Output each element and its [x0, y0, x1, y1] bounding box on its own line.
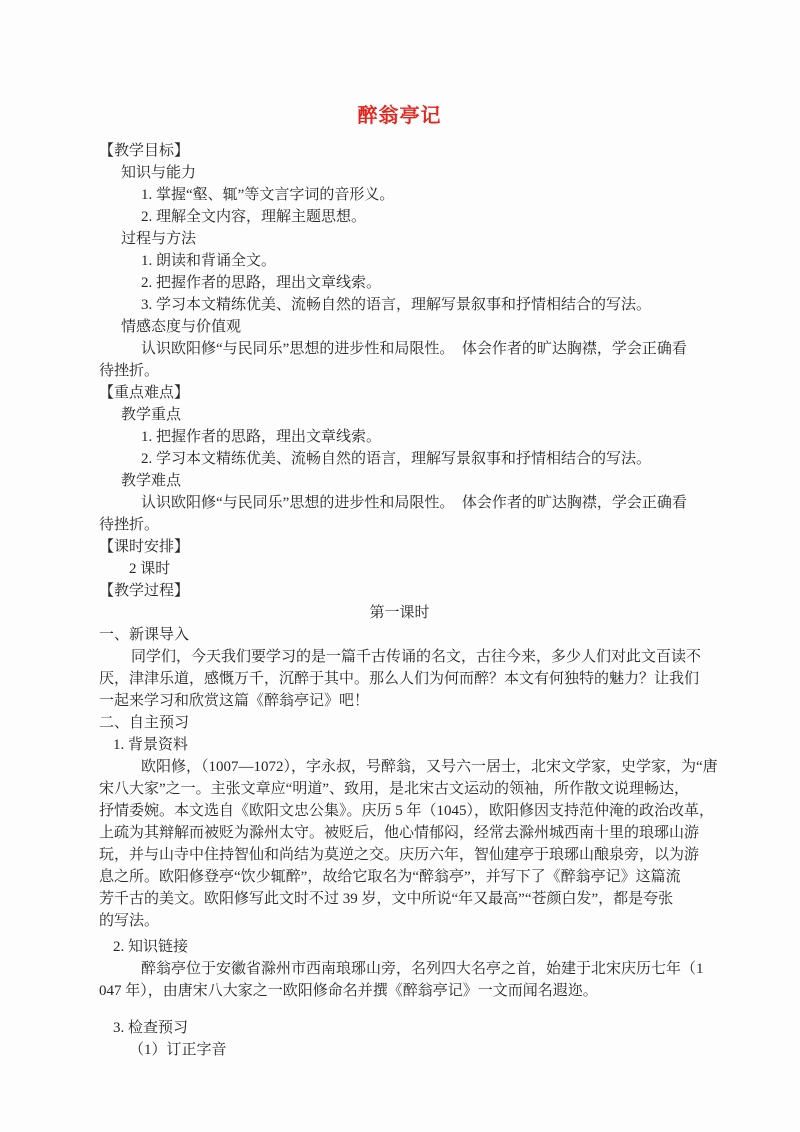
doc-line: 3. 学习本文精练优美、流畅自然的语言，理解写景叙事和抒情相结合的写法。 — [141, 294, 700, 316]
doc-line: 1. 背景资料 — [113, 734, 700, 756]
doc-line: 047 年），由唐宋八大家之一欧阳修命名并撰《醉翁亭记》一文而闻名遐迩。 — [99, 980, 700, 1002]
doc-line: 上疏为其辩解而被贬为滁州太守。被贬后，他心情郁闷，经常去滁州城西南十里的琅琊山游 — [99, 822, 700, 844]
doc-line: 2. 学习本文精练优美、流畅自然的语言，理解写景叙事和抒情相结合的写法。 — [141, 448, 700, 470]
document-title: 醉翁亭记 — [99, 103, 700, 130]
doc-line: 厌，津津乐道，感慨万千，沉醉于其中。那么人们为何而醉？本文有何独特的魅力？让我们 — [99, 668, 700, 690]
doc-line: 教学难点 — [121, 470, 700, 492]
doc-line: 【教学目标】 — [99, 140, 700, 162]
doc-line: 抒情委婉。本文选自《欧阳文忠公集》。庆历 5 年（1045），欧阳修因支持范仲淹… — [99, 800, 700, 822]
doc-line: 第一课时 — [99, 602, 700, 624]
doc-line: 知识与能力 — [121, 162, 700, 184]
doc-line: 1. 把握作者的思路，理出文章线索。 — [141, 426, 700, 448]
doc-line: 宋八大家”之一。主张文章应“明道”、致用，是北宋古文运动的领袖，所作散文说理畅达… — [99, 778, 700, 800]
doc-line: 认识欧阳修“与民同乐”思想的进步性和局限性。 体会作者的旷达胸襟，学会正确看 — [141, 338, 700, 360]
doc-line: 欧阳修，（1007—1072），字永叔，号醉翁，又号六一居士，北宋文学家，史学家… — [141, 756, 700, 778]
doc-line: 2. 把握作者的思路，理出文章线索。 — [141, 272, 700, 294]
doc-line: 的写法。 — [99, 910, 700, 932]
doc-line: 3. 检查预习 — [113, 1017, 700, 1039]
doc-line: 一起来学习和欣赏这篇《醉翁亭记》吧！ — [99, 690, 700, 712]
doc-line: 【教学过程】 — [99, 580, 700, 602]
doc-line: 待挫折。 — [99, 514, 700, 536]
doc-line: 教学重点 — [121, 404, 700, 426]
doc-line: 息之所。欧阳修登亭“饮少辄醉”，故给它取名为“醉翁亭”，并写下了《醉翁亭记》这篇… — [99, 866, 700, 888]
doc-line: 【重点难点】 — [99, 382, 700, 404]
doc-line: 过程与方法 — [121, 228, 700, 250]
document-body: 【教学目标】知识与能力1. 掌握“壑、辄”等文言字词的音形义。2. 理解全文内容… — [99, 140, 700, 1061]
doc-line: 同学们，今天我们要学习的是一篇千古传诵的名文，古往今来，多少人们对此文百读不 — [131, 646, 700, 668]
doc-line: 一、新课导入 — [99, 624, 700, 646]
doc-line: 1. 掌握“壑、辄”等文言字词的音形义。 — [141, 184, 700, 206]
doc-line: 2 课时 — [129, 558, 700, 580]
doc-line: 情感态度与价值观 — [121, 316, 700, 338]
doc-line: 二、自主预习 — [99, 712, 700, 734]
doc-line: 待挫折。 — [99, 360, 700, 382]
doc-line: 芳千古的美文。欧阳修写此文时不过 39 岁，文中所说“年又最高”“苍颜白发”，都… — [99, 888, 700, 910]
doc-line: 醉翁亭位于安徽省滁州市西南琅琊山旁，名列四大名亭之首，始建于北宋庆历七年（1 — [141, 958, 700, 980]
doc-line: 2. 理解全文内容，理解主题思想。 — [141, 206, 700, 228]
doc-line: 2. 知识链接 — [113, 936, 700, 958]
doc-line: （1）订正字音 — [129, 1039, 700, 1061]
doc-line: 玩，并与山寺中住持智仙和尚结为莫逆之交。庆历六年，智仙建亭于琅琊山酿泉旁，以为游 — [99, 844, 700, 866]
page: 醉翁亭记 【教学目标】知识与能力1. 掌握“壑、辄”等文言字词的音形义。2. 理… — [0, 0, 800, 1132]
doc-line: 认识欧阳修“与民同乐”思想的进步性和局限性。 体会作者的旷达胸襟，学会正确看 — [141, 492, 700, 514]
doc-line: 【课时安排】 — [99, 536, 700, 558]
doc-line: 1. 朗读和背诵全文。 — [141, 250, 700, 272]
